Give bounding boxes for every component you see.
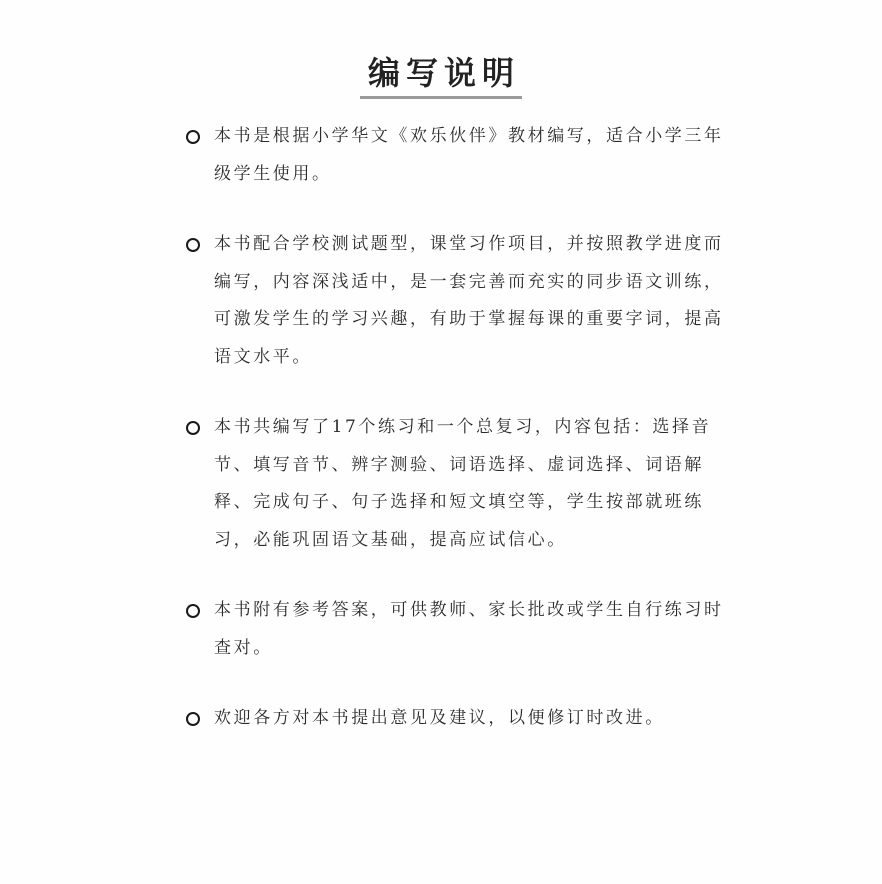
- item-line: 本书附有参考答案，可供教师、家长批改或学生自行练习时: [214, 592, 726, 630]
- document-page: 编写说明 本书是根据小学华文《欢乐伙伴》教材编写，适合小学三年 级学生使用。 本…: [0, 0, 882, 884]
- hollow-circle-bullet-icon: [186, 421, 200, 435]
- item-line: 本书配合学校测试题型，课堂习作项目，并按照教学进度而: [214, 226, 726, 264]
- item-line: 级学生使用。: [214, 156, 726, 194]
- hollow-circle-bullet-icon: [186, 712, 200, 726]
- instruction-list: 本书是根据小学华文《欢乐伙伴》教材编写，适合小学三年 级学生使用。 本书配合学校…: [186, 118, 726, 738]
- list-item: 本书配合学校测试题型，课堂习作项目，并按照教学进度而 编写，内容深浅适中，是一套…: [186, 226, 726, 376]
- item-line: 语文水平。: [214, 339, 726, 377]
- item-line: 本书共编写了17个练习和一个总复习，内容包括：选择音: [214, 409, 726, 447]
- hollow-circle-bullet-icon: [186, 238, 200, 252]
- item-line: 查对。: [214, 630, 726, 668]
- hollow-circle-bullet-icon: [186, 604, 200, 618]
- item-line: 编写，内容深浅适中，是一套完善而充实的同步语文训练，: [214, 264, 726, 302]
- list-item: 本书共编写了17个练习和一个总复习，内容包括：选择音 节、填写音节、辨字测验、词…: [186, 409, 726, 559]
- page-title: 编写说明: [360, 52, 522, 99]
- title-container: 编写说明: [0, 52, 882, 99]
- item-line: 本书是根据小学华文《欢乐伙伴》教材编写，适合小学三年: [214, 118, 726, 156]
- list-item: 本书附有参考答案，可供教师、家长批改或学生自行练习时 查对。: [186, 592, 726, 667]
- list-item: 欢迎各方对本书提出意见及建议，以便修订时改进。: [186, 700, 726, 738]
- item-line: 可激发学生的学习兴趣，有助于掌握每课的重要字词，提高: [214, 301, 726, 339]
- list-item: 本书是根据小学华文《欢乐伙伴》教材编写，适合小学三年 级学生使用。: [186, 118, 726, 193]
- item-line: 习，必能巩固语文基础，提高应试信心。: [214, 522, 726, 560]
- hollow-circle-bullet-icon: [186, 130, 200, 144]
- item-line: 欢迎各方对本书提出意见及建议，以便修订时改进。: [214, 700, 726, 738]
- item-line: 释、完成句子、句子选择和短文填空等，学生按部就班练: [214, 484, 726, 522]
- item-line: 节、填写音节、辨字测验、词语选择、虚词选择、词语解: [214, 447, 726, 485]
